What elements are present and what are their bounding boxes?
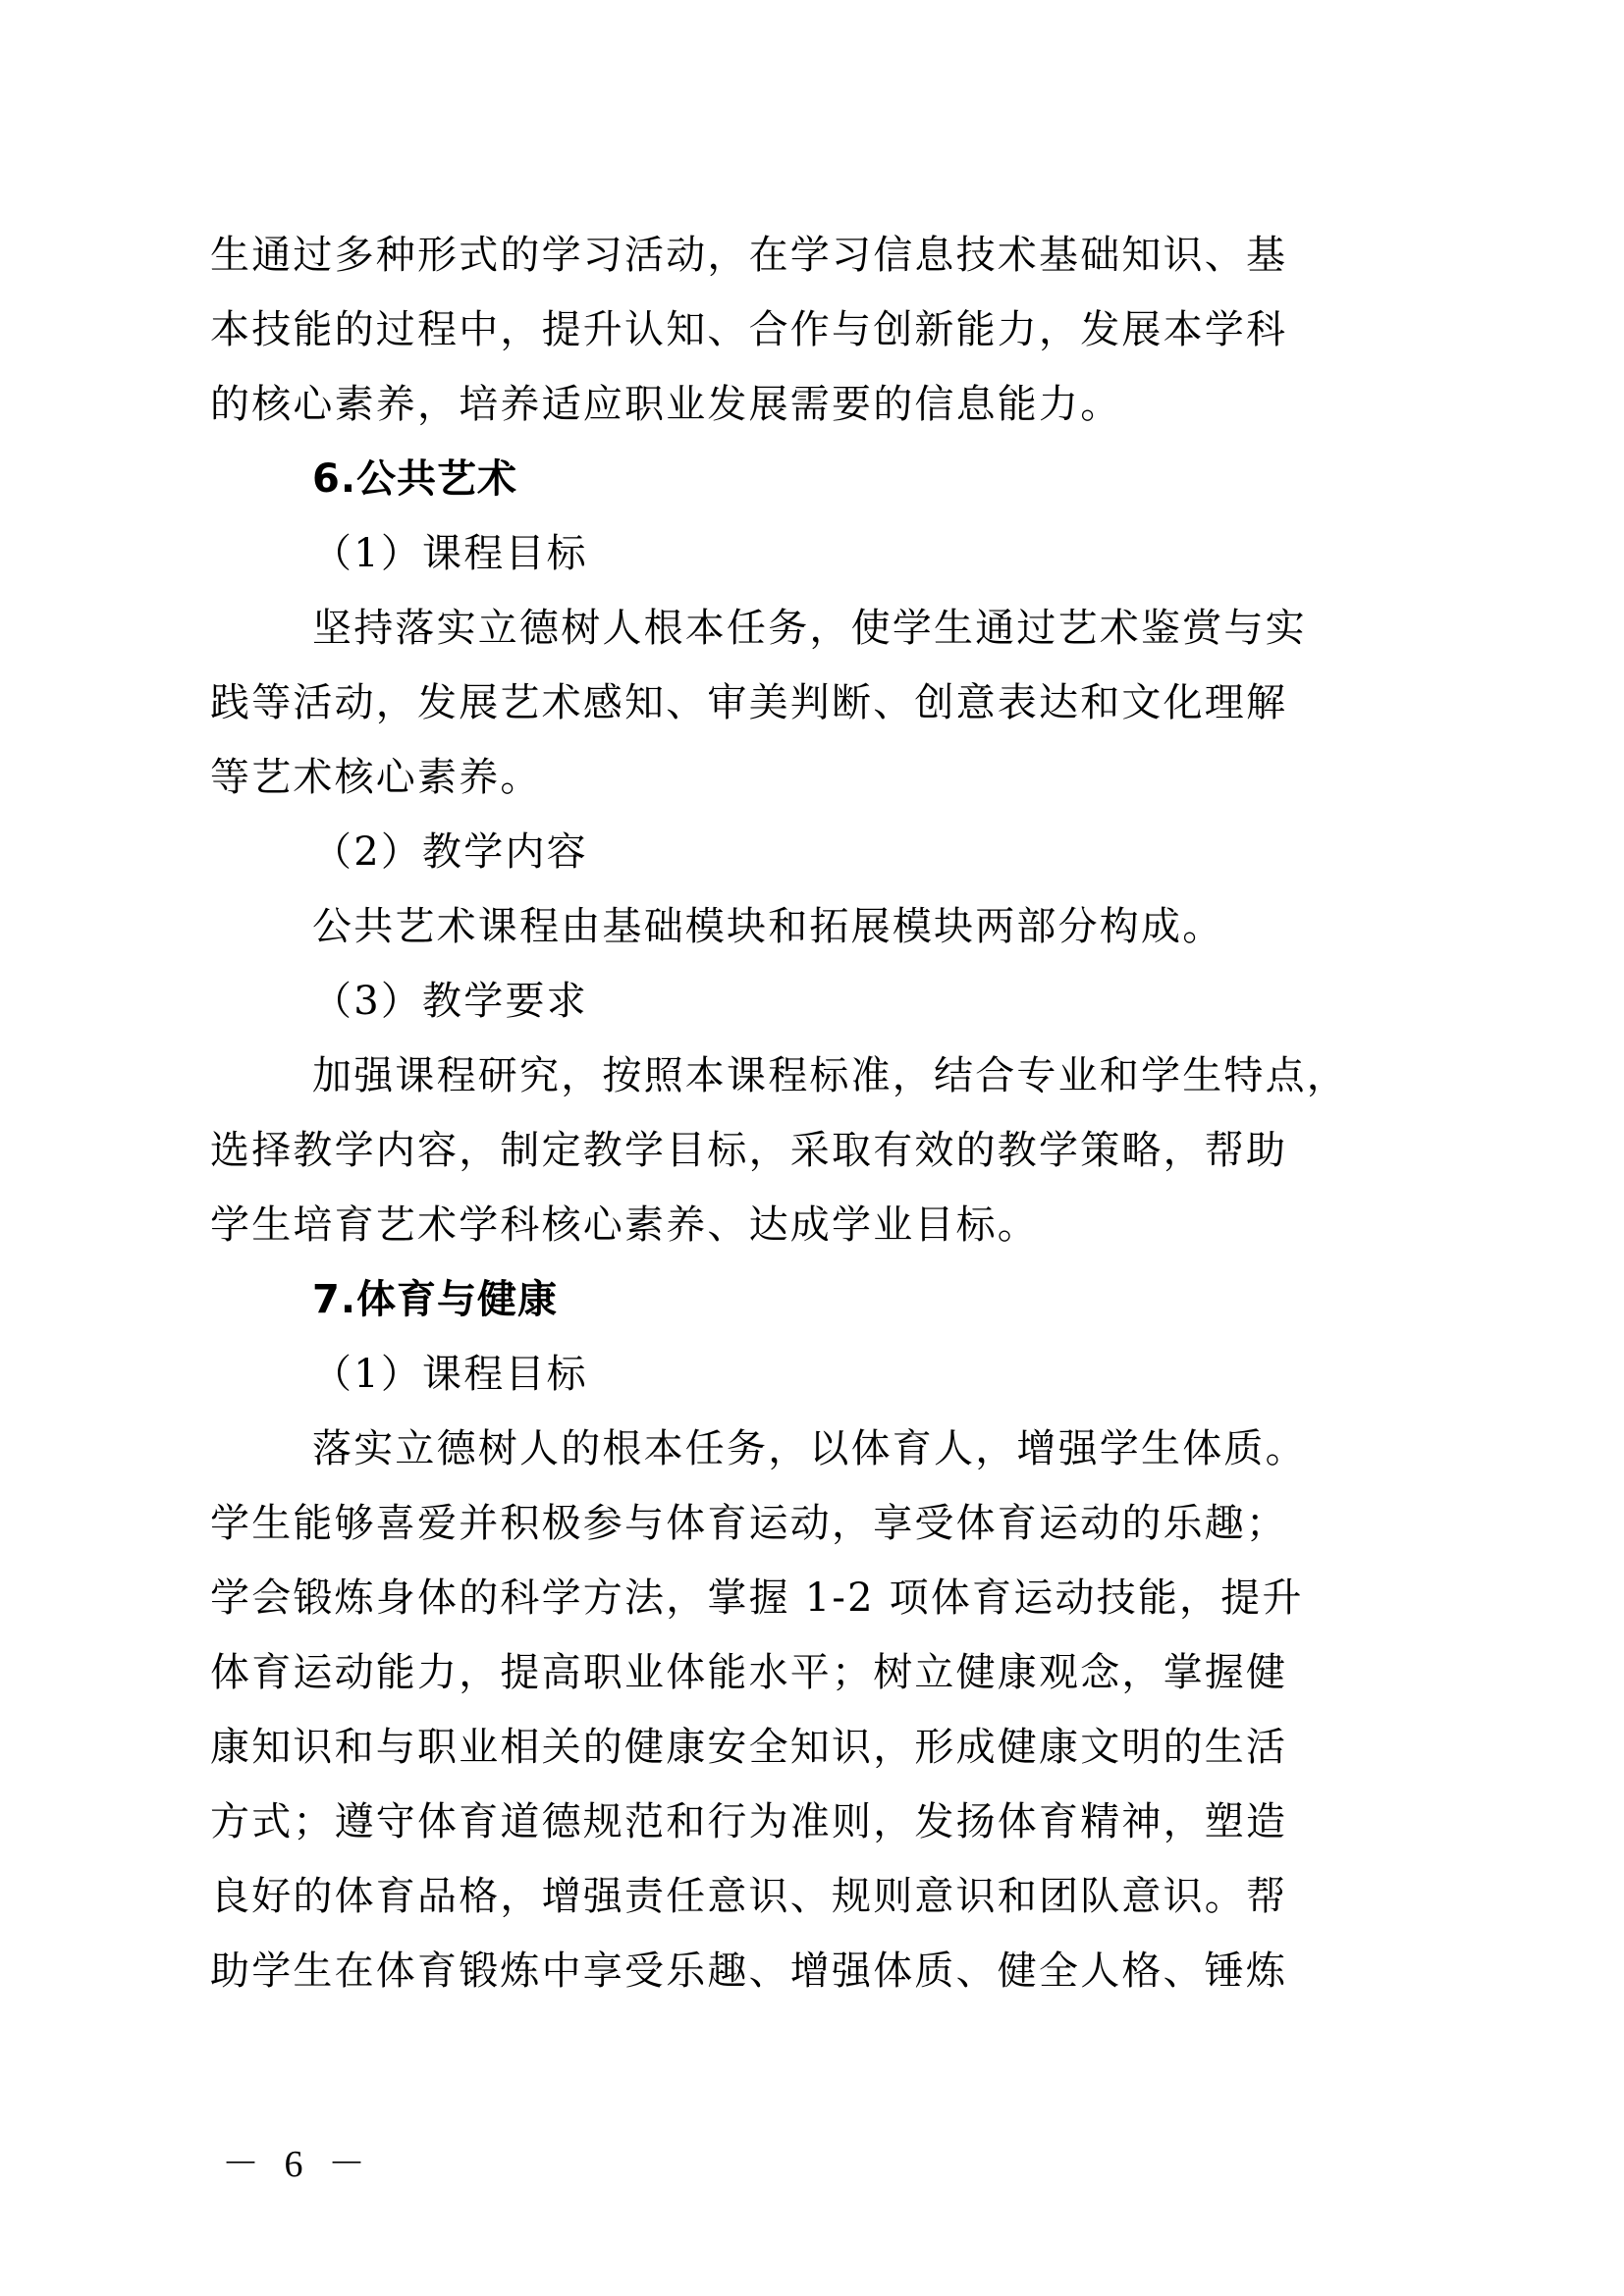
paragraph-line: 方式；遵守体育道德规范和行为准则，发扬体育精神，塑造	[210, 1798, 1428, 1845]
section-heading-public-art: 6.公共艺术	[312, 455, 1530, 503]
paragraph-line: 学生能够喜爱并积极参与体育运动，享受体育运动的乐趣；	[210, 1500, 1428, 1547]
page-number: － 6 －	[222, 2140, 373, 2189]
section-heading-pe-health: 7.体育与健康	[312, 1276, 1530, 1323]
paragraph-line: 生通过多种形式的学习活动，在学习信息技术基础知识、基	[210, 232, 1428, 279]
paragraph-line: 康知识和与职业相关的健康安全知识，形成健康文明的生活	[210, 1724, 1428, 1771]
paragraph-line: 良好的体育品格，增强责任意识、规则意识和团队意识。帮	[210, 1873, 1428, 1920]
paragraph-line: 公共艺术课程由基础模块和拓展模块两部分构成。	[312, 903, 1530, 950]
subheading-course-goal: （1）课程目标	[312, 530, 1530, 577]
paragraph-line: 加强课程研究，按照本课程标准，结合专业和学生特点，	[312, 1052, 1530, 1099]
paragraph-line: 的核心素养，培养适应职业发展需要的信息能力。	[210, 381, 1428, 428]
paragraph-line: 学会锻炼身体的科学方法，掌握 1-2 项体育运动技能，提升	[210, 1575, 1428, 1622]
paragraph-line: 助学生在体育锻炼中享受乐趣、增强体质、健全人格、锤炼	[210, 1948, 1428, 1995]
paragraph-line: 体育运动能力，提高职业体能水平；树立健康观念，掌握健	[210, 1649, 1428, 1696]
paragraph-line: 落实立德树人的根本任务，以体育人，增强学生体质。	[312, 1425, 1530, 1472]
paragraph-line: 等艺术核心素养。	[210, 754, 1428, 801]
paragraph-line: 践等活动，发展艺术感知、审美判断、创意表达和文化理解	[210, 679, 1428, 726]
paragraph-line: 学生培育艺术学科核心素养、达成学业目标。	[210, 1201, 1428, 1249]
subheading-course-goal: （1）课程目标	[312, 1351, 1530, 1398]
paragraph-line: 选择教学内容，制定教学目标，采取有效的教学策略，帮助	[210, 1127, 1428, 1174]
subheading-teaching-content: （2）教学内容	[312, 828, 1530, 876]
paragraph-line: 本技能的过程中，提升认知、合作与创新能力，发展本学科	[210, 306, 1428, 353]
subheading-teaching-requirements: （3）教学要求	[312, 978, 1530, 1025]
paragraph-line: 坚持落实立德树人根本任务，使学生通过艺术鉴赏与实	[312, 605, 1530, 652]
document-page: 生通过多种形式的学习活动，在学习信息技术基础知识、基 本技能的过程中，提升认知、…	[0, 0, 1624, 2296]
